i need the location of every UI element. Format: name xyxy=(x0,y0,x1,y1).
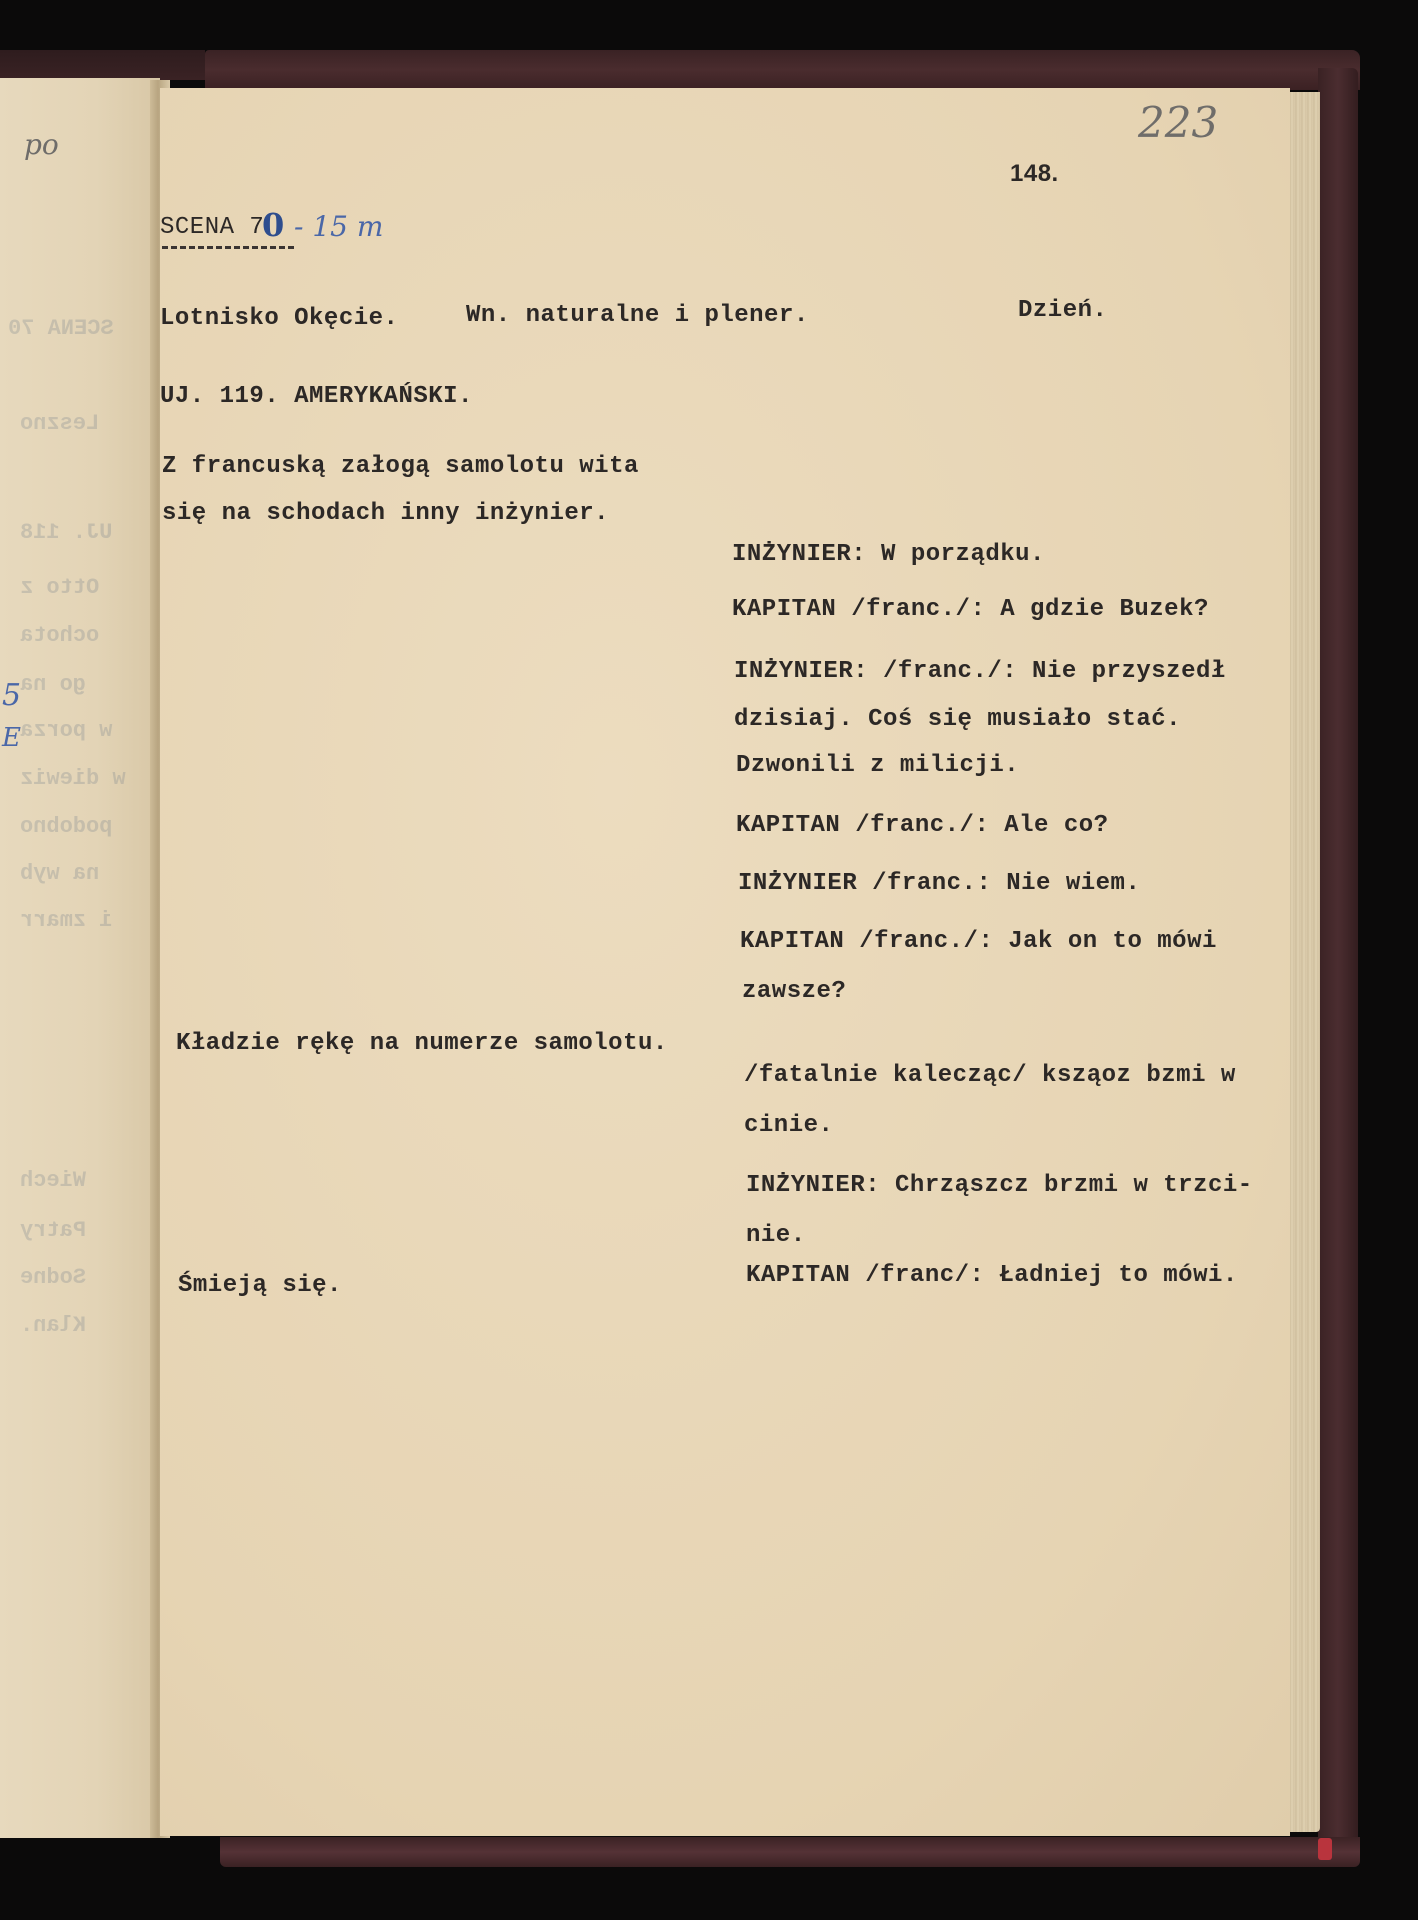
dialogue-line: KAPITAN /franc./: Jak on to mówi xyxy=(740,928,1217,955)
dialogue-line: /fatalnie kalecząc/ ksząoz bzmi w xyxy=(744,1062,1236,1089)
dialogue-line: INŻYNIER: /franc./: Nie przyszedł xyxy=(734,658,1226,685)
ghost-text: Sodne xyxy=(20,1265,86,1290)
setting-interior-exterior: Wn. naturalne i plener. xyxy=(466,302,809,329)
left-page: SCENA 70 Leszno UJ. 118 Otto z ochota go… xyxy=(0,78,160,1838)
ghost-text: podobno xyxy=(20,814,112,839)
handwritten-page-number: 223 xyxy=(1138,98,1218,147)
dialogue-line: dzisiaj. Coś się musiało stać. xyxy=(734,706,1181,733)
ghost-text: na wyb xyxy=(20,861,99,886)
blue-mark: 5 xyxy=(2,678,21,713)
handwritten-note-po: po xyxy=(24,128,59,161)
ghost-text: Klan. xyxy=(20,1313,86,1338)
red-corner-mark xyxy=(1318,1838,1332,1860)
dialogue-line: INŻYNIER: W porządku. xyxy=(732,541,1045,568)
dialogue-line: nie. xyxy=(746,1222,806,1249)
ghost-text: Leszno xyxy=(20,411,99,436)
ghost-text: w porza xyxy=(20,718,112,743)
book-cover-bottom xyxy=(220,1837,1360,1867)
dialogue-line: cinie. xyxy=(744,1112,833,1139)
scene-duration-note: - 15 m xyxy=(294,210,383,243)
setting-location: Lotnisko Okęcie. xyxy=(160,305,398,332)
action-line: Z francuską załogą samolotu wita xyxy=(162,453,639,480)
book-cover-right xyxy=(1318,68,1358,1860)
ghost-text: UJ. 118 xyxy=(20,520,112,545)
ghost-text: ochota xyxy=(20,623,99,648)
setting-time-of-day: Dzień. xyxy=(1018,297,1107,324)
ghost-text: SCENA 70 xyxy=(8,316,114,341)
book-cover-top xyxy=(205,50,1360,90)
scene-heading-underline xyxy=(162,246,294,249)
dialogue-line: KAPITAN /franc./: Ale co? xyxy=(736,812,1109,839)
right-page xyxy=(160,88,1290,1836)
ghost-text: w diewiz xyxy=(20,766,126,791)
action-line: się na schodach inny inżynier. xyxy=(162,500,609,527)
dialogue-line: KAPITAN /franc/: Ładniej to mówi. xyxy=(746,1262,1238,1289)
action-line: Śmieją się. xyxy=(178,1272,342,1299)
ghost-text: Wiech xyxy=(20,1168,86,1193)
scene-number-handwritten: 0 xyxy=(262,206,284,244)
dialogue-line: INŻYNIER /franc.: Nie wiem. xyxy=(738,870,1140,897)
dialogue-line: KAPITAN /franc./: A gdzie Buzek? xyxy=(732,596,1209,623)
ghost-text: go na xyxy=(20,672,86,697)
action-line: Kładzie rękę na numerze samolotu. xyxy=(176,1030,668,1057)
blue-mark: E xyxy=(2,723,21,753)
ghost-text: Patry xyxy=(20,1218,86,1243)
shot-description: UJ. 119. AMERYKAŃSKI. xyxy=(160,383,473,410)
dialogue-line: INŻYNIER: Chrząszcz brzmi w trzci- xyxy=(746,1172,1253,1199)
typed-page-number: 148. xyxy=(1010,160,1059,188)
dialogue-line: zawsze? xyxy=(742,978,846,1005)
ghost-text: Otto z xyxy=(20,575,99,600)
dialogue-line: Dzwonili z milicji. xyxy=(736,752,1019,779)
book-cover-top-left xyxy=(0,50,205,80)
ghost-text: i zmarr xyxy=(20,908,112,933)
scene-heading: SCENA 7 xyxy=(160,214,264,241)
